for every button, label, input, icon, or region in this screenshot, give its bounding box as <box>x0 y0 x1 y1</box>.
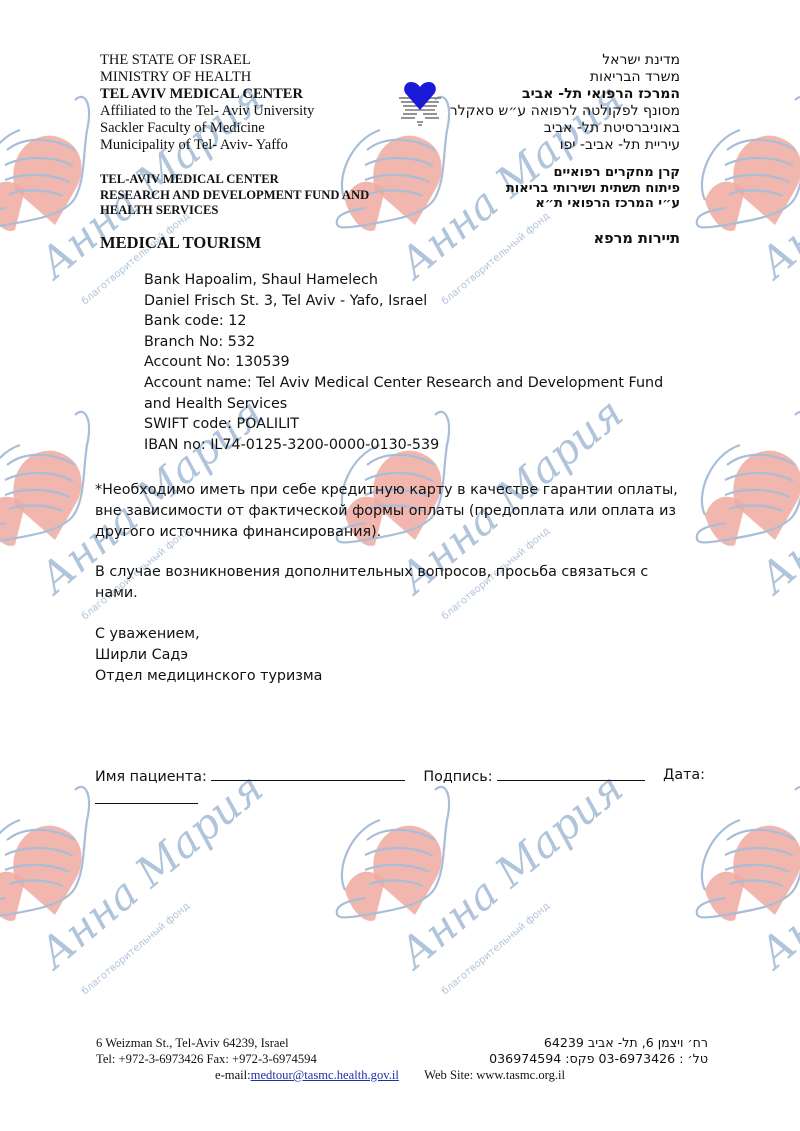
account-name: Account name: Tel Aviv Medical Center Re… <box>144 373 724 394</box>
footer-phone: Tel: +972-3-6973426 Fax: +972-3-6974594 <box>96 1051 317 1067</box>
swift-code: SWIFT code: POALILIT <box>144 414 724 435</box>
patient-form: Имя пациента: Подпись: Дата: <box>95 765 705 811</box>
patient-name-label: Имя пациента: <box>95 769 207 785</box>
bank-code: Bank code: 12 <box>144 311 724 332</box>
affiliation-line-he: מסונף לפקולטה לרפואה ע״ש סאקלר <box>350 103 680 120</box>
iban: IBAN no: IL74-0125-3200-0000-0130-539 <box>144 435 724 456</box>
footer-phone-he: טל׳ : 03-6973426 פקס: 036974594 <box>489 1051 708 1067</box>
email-link[interactable]: medtour@tasmc.health.gov.il <box>251 1068 399 1082</box>
branch-number: Branch No: 532 <box>144 332 724 353</box>
note-line: другого источника финансирования). <box>95 522 715 543</box>
municipality-line-he: עיריית תל- אביב- יפו <box>350 137 680 154</box>
footer-address: 6 Weizman St., Tel-Aviv 64239, Israel <box>96 1035 317 1051</box>
signature-block: С уважением, Ширли Садэ Отдел медицинско… <box>95 624 322 687</box>
signer-department: Отдел медицинского туризма <box>95 666 322 687</box>
signature-label: Подпись: <box>423 769 492 785</box>
fund-line-he: קרן מחקרים רפואיים <box>350 165 680 181</box>
note-line: *Необходимо иметь при себе кредитную кар… <box>95 480 715 501</box>
footer-contact: e-mail:medtour@tasmc.health.gov.il Web S… <box>215 1067 565 1083</box>
footer-en: 6 Weizman St., Tel-Aviv 64239, Israel Te… <box>96 1035 317 1067</box>
closing: С уважением, <box>95 624 322 645</box>
bank-address: Daniel Frisch St. 3, Tel Aviv - Yafo, Is… <box>144 291 724 312</box>
center-name-he: המרכז הרפואי תל- אביב <box>350 86 680 103</box>
bank-name: Bank Hapoalim, Shaul Hamelech <box>144 270 724 291</box>
footer-address-he: רח׳ ויצמן 6, תל- אביב 64239 <box>489 1035 708 1051</box>
signer-name: Ширли Садэ <box>95 645 322 666</box>
credit-card-note: *Необходимо иметь при себе кредитную кар… <box>95 480 715 543</box>
account-number: Account No: 130539 <box>144 352 724 373</box>
contact-line: В случае возникновения дополнительных во… <box>95 562 715 583</box>
website: Web Site: www.tasmc.org.il <box>424 1068 565 1082</box>
ministry-line-he: משרד הבריאות <box>350 69 680 86</box>
fund-line-he: ע״י המרכז הרפואי ת״א <box>350 196 680 212</box>
date-label: Дата: <box>663 765 705 788</box>
document-page: Анна Марияблаготворительный фондАнна Мар… <box>0 0 800 1131</box>
contact-line: нами. <box>95 583 715 604</box>
email-label: e-mail: <box>215 1068 251 1082</box>
account-name-cont: and Health Services <box>144 394 724 415</box>
signature-field[interactable] <box>497 765 645 781</box>
patient-name-field[interactable] <box>211 765 405 781</box>
contact-note: В случае возникновения дополнительных во… <box>95 562 715 604</box>
header-right: מדינת ישראל משרד הבריאות המרכז הרפואי תל… <box>350 52 680 154</box>
department-title-en: MEDICAL TOURISM <box>100 233 261 253</box>
fund-name-he: קרן מחקרים רפואיים פיתוח תשתית ושירותי ב… <box>350 165 680 212</box>
note-line: вне зависимости от фактической формы опл… <box>95 501 715 522</box>
state-line-he: מדינת ישראל <box>350 52 680 69</box>
date-field[interactable] <box>95 788 198 804</box>
fund-line-he: פיתוח תשתית ושירותי בריאות <box>350 181 680 197</box>
bank-details: Bank Hapoalim, Shaul Hamelech Daniel Fri… <box>144 270 724 455</box>
university-line-he: באוניברסיטת תל- אביב <box>350 120 680 137</box>
footer-he: רח׳ ויצמן 6, תל- אביב 64239 טל׳ : 03-697… <box>489 1035 708 1067</box>
department-title-he: תיירות מרפא <box>350 231 680 247</box>
